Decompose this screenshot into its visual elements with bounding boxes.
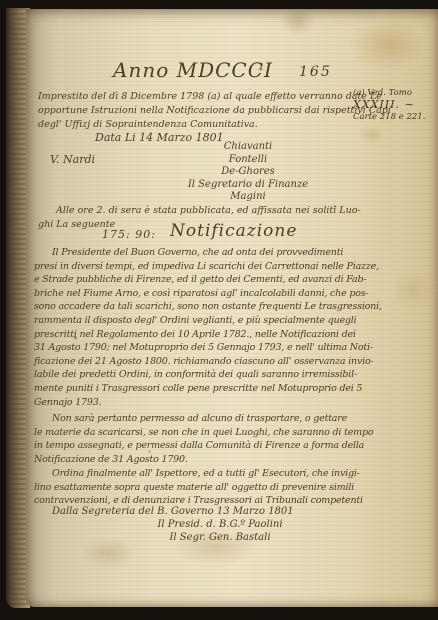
notification-number: 175: 90: — [102, 228, 156, 241]
signature: Magini — [178, 191, 318, 204]
intro-line: degl' Uffizj di Sopraintendenza Comunita… — [38, 118, 358, 132]
left-signature: V. Nardi — [50, 153, 95, 166]
scanned-manuscript-page: Anno MDCCCI 165 (a) Ved. Tomo XXXIII. ∼ … — [0, 0, 438, 620]
council-signature-column: Chiavanti Fontelli De-Ghores Il Segretar… — [178, 141, 318, 204]
secretary-signature: Il Segr. Gen. Bastali — [120, 532, 320, 543]
body-line: Ordina finalmente all' Ispettore, ed a t… — [34, 467, 358, 481]
president-signature: Il Presid. d. B.G.º Paolini — [120, 519, 320, 530]
segreteria-dateline: Dalla Segreteria del B. Governo 13 Marzo… — [52, 506, 294, 517]
body-paragraph-3: Ordina finalmente all' Ispettore, ed a t… — [34, 467, 358, 508]
body-line: e Strade pubbliche di Firenze, ed il get… — [34, 273, 358, 287]
body-line: lino esattamente sopra queste materie al… — [34, 481, 358, 495]
folio-number: 165 — [299, 64, 332, 80]
signature: Fontelli — [178, 154, 318, 167]
signature-office: Il Segretario di Finanze — [178, 179, 318, 192]
body-line: labile dei predetti Ordini, in conformit… — [34, 368, 358, 382]
body-line: Gennajo 1793. — [34, 396, 358, 410]
publication-line: Alle ore 2. di sera è stata pubblicata, … — [38, 204, 358, 218]
body-line: rammenta il disposto degl' Ordini veglia… — [34, 314, 358, 328]
body-line: ficazione dei 21 Agosto 1800. richiamand… — [34, 355, 358, 369]
year-heading: Anno MDCCCI — [113, 58, 273, 82]
body-line: Non sarà pertanto permesso ad alcuno di … — [34, 412, 358, 426]
body-line: sono accadere da tali scarichi, sono non… — [34, 300, 358, 314]
body-line: presi in diversi tempi, ed impediva Li s… — [34, 260, 358, 274]
signature: De-Ghores — [178, 166, 318, 179]
intro-paragraph: Imprestito del dì 8 Dicembre 1798 (a) al… — [38, 90, 358, 132]
body-paragraph-1: Il Presidente del Buon Governo, che ad o… — [34, 246, 358, 409]
body-line: 31 Agosto 1790; nel Motuproprio dei 5 Ge… — [34, 341, 358, 355]
body-line: in tempo assegnati, e permessi dalla Com… — [34, 439, 358, 453]
body-line: Notificazione de 31 Agosto 1790. — [34, 453, 358, 467]
intro-line: opportune Istruzioni nella Notificazione… — [38, 104, 358, 118]
intro-line: Imprestito del dì 8 Dicembre 1798 (a) al… — [38, 90, 358, 104]
body-line: mente puniti i Trasgressori colle pene p… — [34, 382, 358, 396]
body-line: Il Presidente del Buon Governo, che ad o… — [34, 246, 358, 260]
signature: Chiavanti — [178, 141, 318, 154]
body-paragraph-2: Non sarà pertanto permesso ad alcuno di … — [34, 412, 358, 466]
body-line: briche nel Fiume Arno, e così riparatosi… — [34, 287, 358, 301]
body-line: prescritti nel Regolamento dei 10 Aprile… — [34, 328, 358, 342]
body-line: le materie da scaricarsi, se non che in … — [34, 426, 358, 440]
notification-title: Notificazione — [170, 221, 297, 241]
